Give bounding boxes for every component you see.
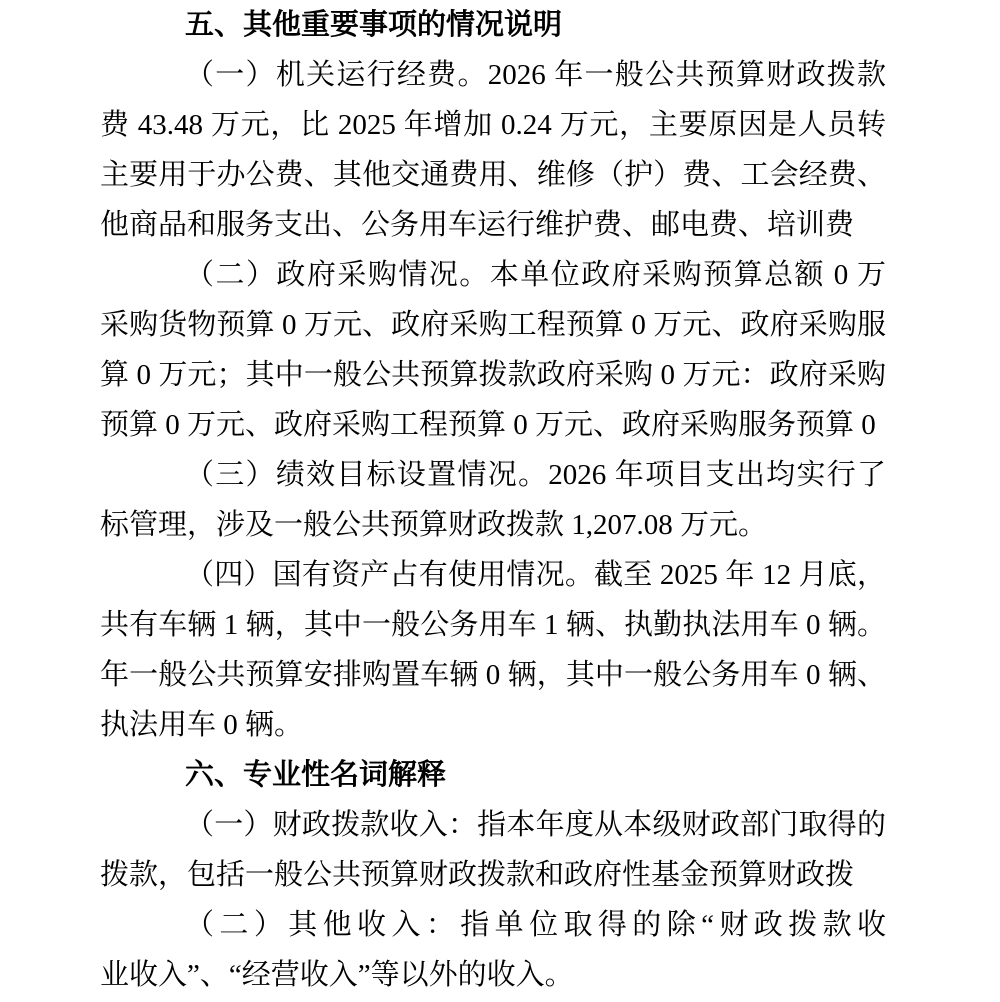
- text-line: （一）财政拨款收入：指本年度从本级财政部门取得的财政: [100, 800, 886, 850]
- section-heading-five: 五、其他重要事项的情况说明: [100, 0, 886, 50]
- text-line: （四）国有资产占有使用情况。截至 2025 年 12 月底，本单位: [100, 550, 886, 600]
- document-body: 五、其他重要事项的情况说明 （一）机关运行经费。2026 年一般公共预算财政拨款…: [100, 0, 886, 1000]
- text-line: 标管理，涉及一般公共预算财政拨款 1,207.08 万元。: [100, 500, 886, 550]
- text-line: 费 43.48 万元，比 2025 年增加 0.24 万元，主要原因是人员转任，: [100, 100, 886, 150]
- text-line: 执法用车 0 辆。: [100, 700, 886, 750]
- text-line: （三）绩效目标设置情况。2026 年项目支出均实行了绩效目: [100, 450, 886, 500]
- text-line: （二）政府采购情况。本单位政府采购预算总额 0 万元：政府: [100, 250, 886, 300]
- text-line: 采购货物预算 0 万元、政府采购工程预算 0 万元、政府采购服务预: [100, 300, 886, 350]
- text-line: 业收入”、“经营收入”等以外的收入。: [100, 950, 886, 1000]
- text-line: 共有车辆 1 辆，其中一般公务用车 1 辆、执勤执法用车 0 辆。2026: [100, 600, 886, 650]
- text-line: 年一般公共预算安排购置车辆 0 辆，其中一般公务用车 0 辆、执勤: [100, 650, 886, 700]
- document-page: 五、其他重要事项的情况说明 （一）机关运行经费。2026 年一般公共预算财政拨款…: [0, 0, 1000, 1002]
- text-line: 预算 0 万元、政府采购工程预算 0 万元、政府采购服务预算 0 万元。: [100, 400, 886, 450]
- text-line: （二）其他收入：指单位取得的除“财政拨款收入”、“事: [100, 900, 886, 950]
- text-line: 拨款，包括一般公共预算财政拨款和政府性基金预算财政拨款。: [100, 850, 886, 900]
- section-heading-six: 六、专业性名词解释: [100, 750, 886, 800]
- text-line: （一）机关运行经费。2026 年一般公共预算财政拨款运行经: [100, 50, 886, 100]
- text-line: 算 0 万元；其中一般公共预算拨款政府采购 0 万元：政府采购货物: [100, 350, 886, 400]
- text-line: 主要用于办公费、其他交通费用、维修（护）费、工会经费、其: [100, 150, 886, 200]
- text-line: 他商品和服务支出、公务用车运行维护费、邮电费、培训费等。: [100, 200, 886, 250]
